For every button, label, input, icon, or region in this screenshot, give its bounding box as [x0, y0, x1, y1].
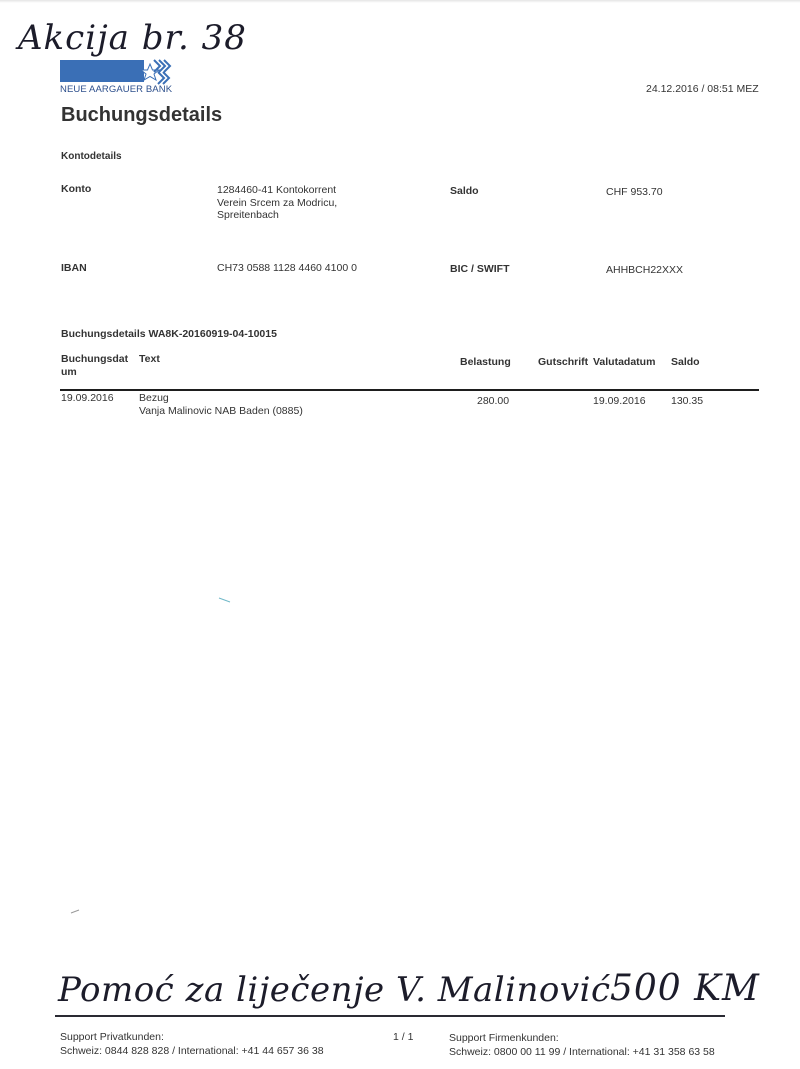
col-header-value-date: Valutadatum	[593, 356, 655, 368]
page-title: Buchungsdetails	[61, 104, 222, 127]
iban-value: CH73 0588 1128 4460 4100 0	[217, 262, 357, 275]
row-date: 19.09.2016	[61, 392, 114, 405]
scan-speck	[70, 909, 80, 914]
col-header-booking-date-line1: Buchungsdat	[61, 353, 128, 366]
footer-business-title: Support Firmenkunden:	[449, 1031, 715, 1045]
row-text-line1: Bezug	[139, 392, 303, 405]
konto-label: Konto	[61, 183, 91, 195]
table-header-divider	[60, 389, 759, 391]
row-text: Bezug Vanja Malinovic NAB Baden (0885)	[139, 392, 303, 417]
handwritten-note-top: Akcija br. 38	[18, 18, 247, 58]
row-balance: 130.35	[671, 395, 703, 408]
handwritten-underline	[55, 1015, 725, 1017]
konto-value: 1284460-41 Kontokorrent Verein Srcem za …	[217, 184, 337, 222]
booking-section-title: Buchungsdetails WA8K-20160919-04-10015	[61, 328, 277, 340]
footer-private-phones: Schweiz: 0844 828 828 / International: +…	[60, 1044, 324, 1058]
konto-line-1: 1284460-41 Kontokorrent	[217, 184, 337, 197]
col-header-credit: Gutschrift	[538, 356, 588, 368]
scan-speck	[218, 597, 232, 603]
row-text-line2: Vanja Malinovic NAB Baden (0885)	[139, 405, 303, 418]
saldo-label: Saldo	[450, 185, 479, 197]
footer-business-support: Support Firmenkunden: Schweiz: 0800 00 1…	[449, 1031, 715, 1059]
handwritten-note-bottom: Pomoć za liječenje V. Malinović	[58, 970, 611, 1010]
col-header-text: Text	[139, 353, 160, 365]
footer-private-title: Support Privatkunden:	[60, 1030, 324, 1044]
bank-logo-bar	[60, 60, 144, 82]
timestamp: 24.12.2016 / 08:51 MEZ	[646, 83, 759, 95]
saldo-value: CHF 953.70	[606, 186, 663, 199]
scan-edge	[0, 0, 800, 3]
col-header-balance: Saldo	[671, 356, 700, 368]
page-number: 1 / 1	[393, 1030, 413, 1044]
row-value-date: 19.09.2016	[593, 395, 646, 408]
footer-business-phones: Schweiz: 0800 00 11 99 / International: …	[449, 1045, 715, 1059]
iban-label: IBAN	[61, 262, 87, 274]
bank-logo-star-icon	[140, 58, 172, 86]
section-title-kontodetails: Kontodetails	[61, 151, 122, 162]
col-header-booking-date-line2: um	[61, 366, 128, 379]
konto-line-3: Spreitenbach	[217, 209, 337, 222]
col-header-booking-date: Buchungsdat um	[61, 353, 128, 379]
bic-label: BIC / SWIFT	[450, 263, 510, 275]
handwritten-amount: 500 KM	[610, 968, 760, 1009]
footer-private-support: Support Privatkunden: Schweiz: 0844 828 …	[60, 1030, 324, 1058]
konto-line-2: Verein Srcem za Modricu,	[217, 197, 337, 210]
row-debit: 280.00	[477, 395, 509, 408]
col-header-debit: Belastung	[460, 356, 511, 368]
bic-value: AHHBCH22XXX	[606, 264, 683, 277]
bank-name: NEUE AARGAUER BANK	[60, 84, 172, 95]
